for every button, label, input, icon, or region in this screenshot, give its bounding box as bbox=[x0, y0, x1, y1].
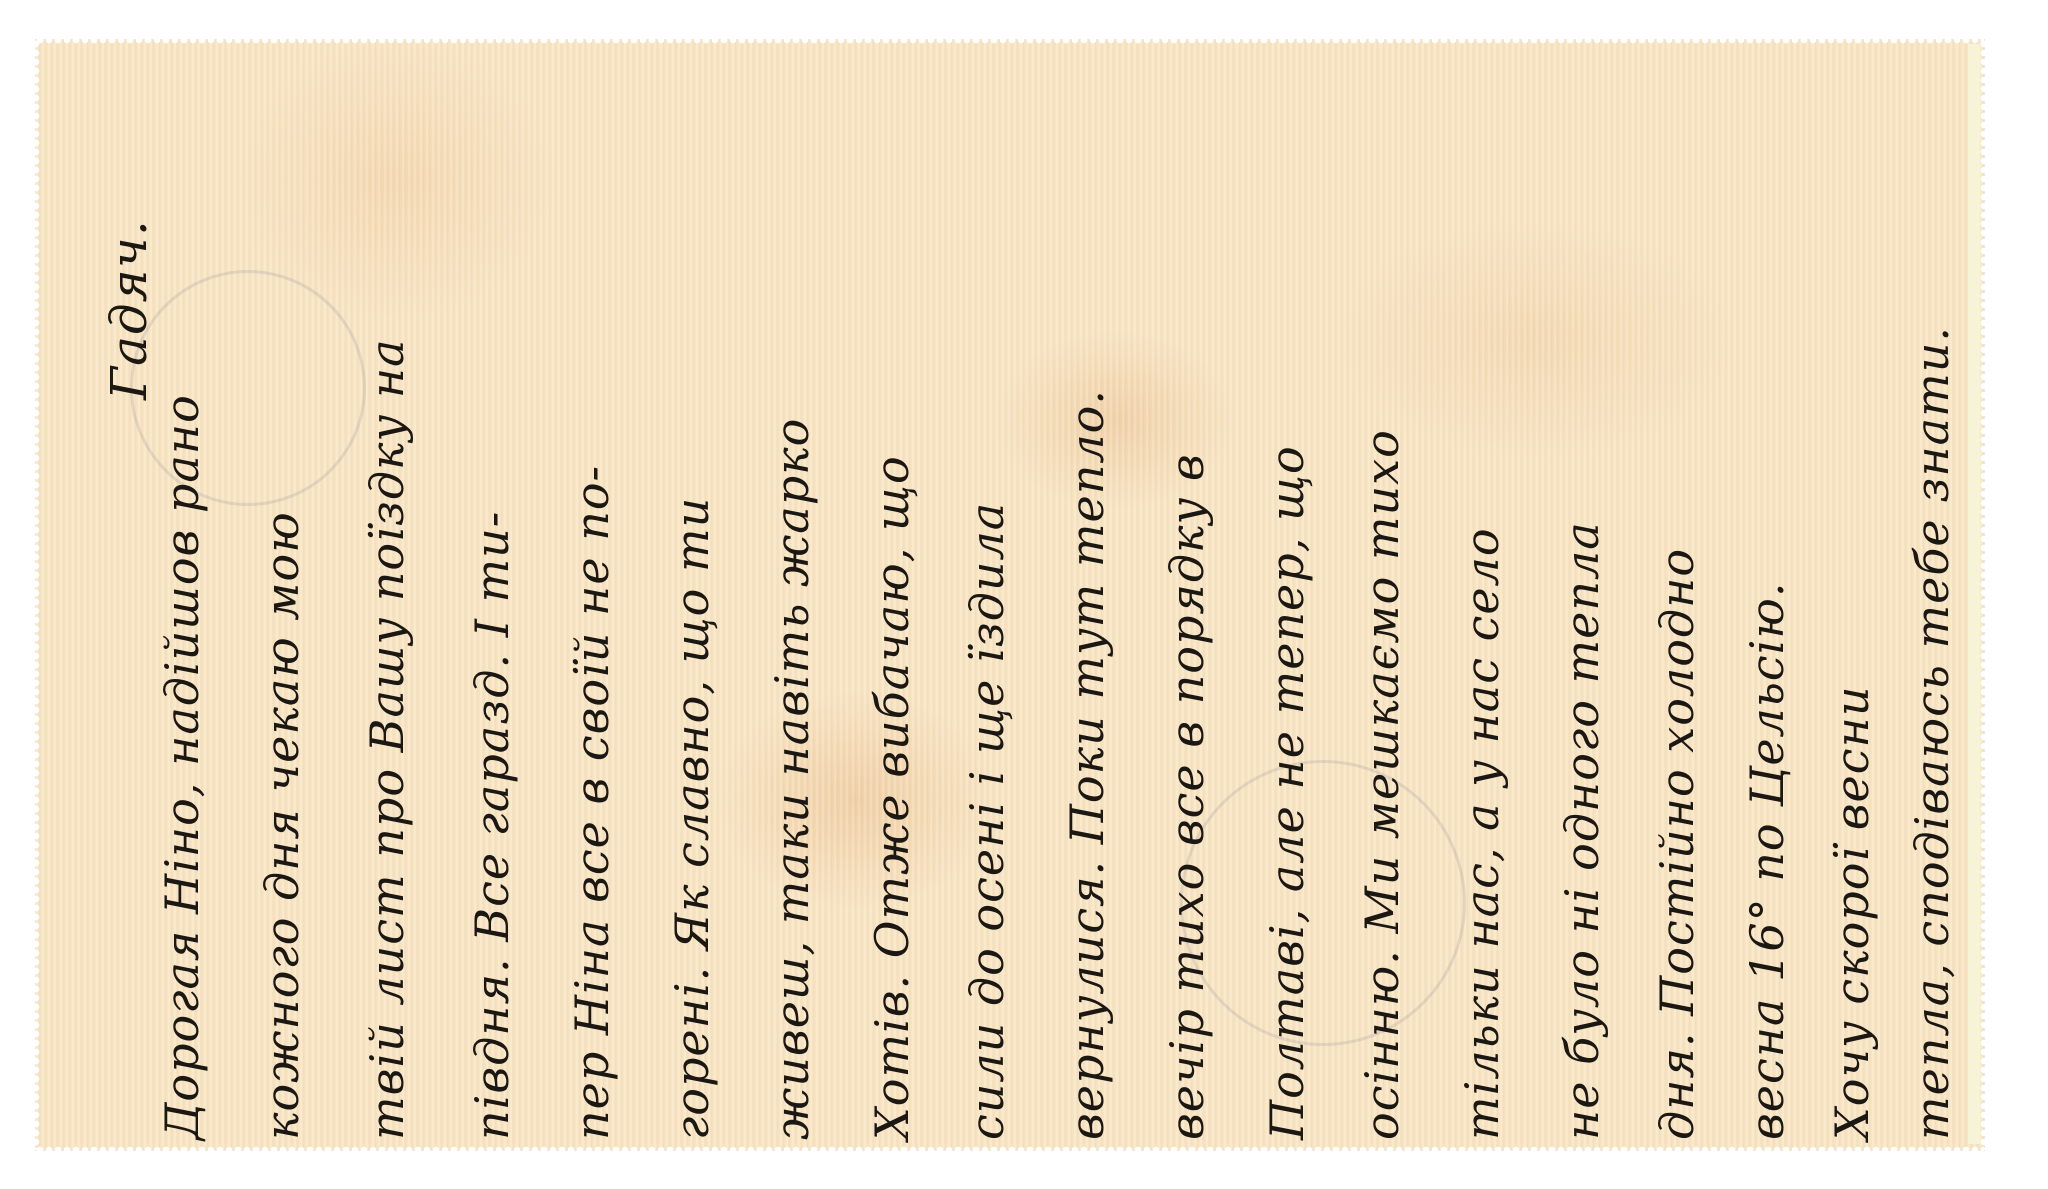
letter-line: осінню. Ми мешкаємо тихо bbox=[1355, 429, 1409, 1140]
letter-line: Хочу скорої весни bbox=[1825, 686, 1879, 1140]
faint-postmark bbox=[1180, 760, 1466, 1046]
letter-line: тільки нас, а у нас село bbox=[1455, 527, 1509, 1140]
letter-line: дня. Постійно холодно bbox=[1650, 548, 1704, 1140]
letter-line: вечір тихо все в порядку в bbox=[1160, 453, 1214, 1140]
perforated-edge-left bbox=[32, 40, 40, 1150]
letter-line: не було ні одного тепла bbox=[1555, 521, 1609, 1140]
letter-line: кожного дня чекаю мою bbox=[255, 511, 309, 1140]
letter-line: живеш, таки навіть жарко bbox=[765, 418, 819, 1140]
letter-line: весна 16° по Цельсію. bbox=[1740, 582, 1794, 1140]
letter-line: пер Ніна все в своїй не по- bbox=[565, 465, 619, 1140]
letter-line: півдня. Все гаразд. І ти- bbox=[465, 511, 519, 1140]
letter-line: горені. Як славно, що ти bbox=[665, 497, 719, 1140]
letter-line: сили до осені і ще їздила bbox=[960, 502, 1014, 1140]
paper-edge-strip bbox=[1968, 44, 1980, 1144]
perforated-edge-top bbox=[36, 36, 1984, 44]
perforated-edge-right bbox=[1980, 40, 1988, 1150]
letter-line: Полтаві, але не тепер, що bbox=[1260, 445, 1314, 1140]
letter-line: Дорогая Ніно, надійшов рано bbox=[155, 394, 209, 1140]
letter-line: тепла, сподіваюсь тебе знати. bbox=[1905, 326, 1959, 1140]
letter-line: вернулися. Поки тут тепло. bbox=[1060, 389, 1114, 1140]
letter-line: твій лист про Вашу поїздку на bbox=[360, 338, 414, 1140]
letter-line: Хотів. Отже вибачаю, що bbox=[865, 455, 919, 1140]
perforated-edge-bottom bbox=[36, 1146, 1984, 1154]
letter-header: Гадяч. bbox=[100, 219, 158, 400]
